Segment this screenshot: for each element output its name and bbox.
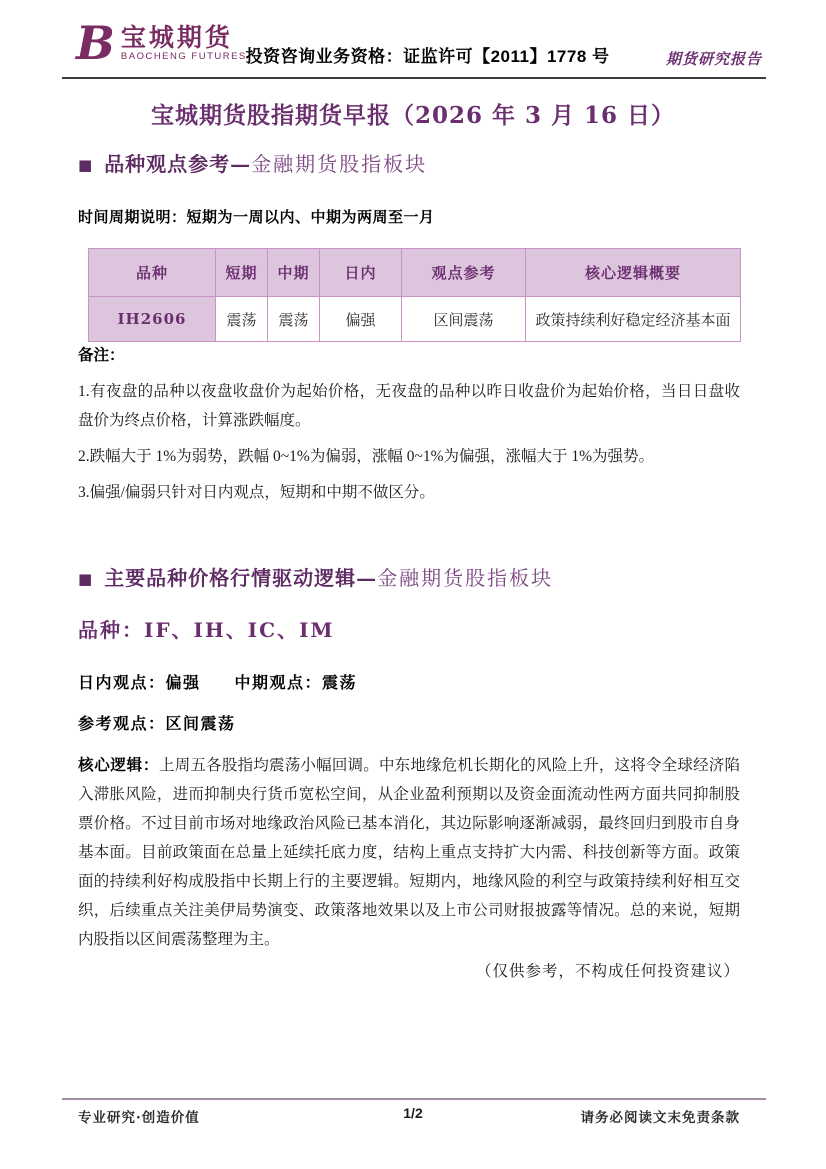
medium-view-label: 中期观点： [235,675,323,692]
page-title: 宝城期货股指期货早报（2026 年 3 月 16 日） [0,97,826,130]
section2-heading: ■主要品种价格行情驱动逻辑—金融期货股指板块 [78,562,553,591]
section1-title-light: 金融期货股指板块 [251,152,427,176]
reference-view-label: 参考观点： [78,716,166,733]
report-page: B 宝城期货 BAOCHENG FUTURES 投资咨询业务资格：证监许可【20… [0,0,826,1169]
section1-heading: ■品种观点参考—金融期货股指板块 [78,148,427,177]
col-header-core-logic: 核心逻辑概要 [526,249,741,297]
core-logic-paragraph: 核心逻辑：上周五各股指均震荡小幅回调。中东地缘危机长期化的风险上升，这将令全球经… [78,751,740,954]
footer-disclaimer-note: 请务必阅读文末免责条款 [581,1106,741,1126]
logo-b-icon: B [76,20,115,66]
section1-title-bold: 品种观点参考— [104,152,251,176]
reference-view-value: 区间震荡 [166,716,236,733]
remarks-label: 备注： [78,343,125,365]
reference-view-line: 参考观点：区间震荡 [78,711,236,734]
report-type-label: 期货研究报告 [666,48,762,69]
cell-viewpoint: 区间震荡 [402,297,526,342]
qualification-text: 投资咨询业务资格：证监许可【2011】1778 号 [246,42,610,67]
table-row: IH2606 震荡 震荡 偏强 区间震荡 政策持续利好稳定经济基本面 [89,297,741,342]
square-bullet-icon: ■ [78,156,92,174]
section2-title-bold: 主要品种价格行情驱动逻辑— [104,566,377,590]
section2-title-light: 金融期货股指板块 [377,566,553,590]
col-header-short-term: 短期 [216,249,268,297]
col-header-intraday: 日内 [320,249,402,297]
col-header-medium-term: 中期 [268,249,320,297]
cell-core-logic: 政策持续利好稳定经济基本面 [526,297,741,342]
logo-name-cn: 宝城期货 [121,24,247,51]
company-logo: B 宝城期货 BAOCHENG FUTURES [76,20,247,66]
remark-item-3: 3.偏强/偏弱只针对日内观点，短期和中期不做区分。 [78,478,740,507]
cell-medium-term: 震荡 [268,297,320,342]
medium-view-value: 震荡 [322,675,357,692]
core-logic-text: 上周五各股指均震荡小幅回调。中东地缘危机长期化的风险上升，这将令全球经济陷入滞胀… [78,757,740,948]
logo-text: 宝城期货 BAOCHENG FUTURES [121,24,247,62]
col-header-viewpoint: 观点参考 [402,249,526,297]
viewpoint-table: 品种 短期 中期 日内 观点参考 核心逻辑概要 IH2606 震荡 震荡 偏强 … [88,248,741,342]
col-header-variety: 品种 [89,249,216,297]
table-header-row: 品种 短期 中期 日内 观点参考 核心逻辑概要 [89,249,741,297]
period-note: 时间周期说明：短期为一周以内、中期为两周至一月 [78,206,435,227]
cell-variety: IH2606 [89,297,216,342]
intraday-view-label: 日内观点： [78,675,166,692]
core-logic-label: 核心逻辑： [78,757,159,774]
varieties-line: 品种：IF、IH、IC、IM [78,614,335,643]
cell-short-term: 震荡 [216,297,268,342]
remark-item-2: 2.跌幅大于 1%为弱势，跌幅 0~1%为偏弱，涨幅 0~1%为偏强，涨幅大于 … [78,442,740,471]
intraday-view-value: 偏强 [166,675,201,692]
remark-item-1: 1.有夜盘的品种以夜盘收盘价为起始价格，无夜盘的品种以昨日收盘价为起始价格，当日… [78,377,740,435]
square-bullet-icon: ■ [78,570,92,588]
cell-intraday: 偏强 [320,297,402,342]
intraday-medium-view-line: 日内观点：偏强中期观点：震荡 [78,670,357,693]
footer-divider [62,1098,766,1100]
logo-name-en: BAOCHENG FUTURES [121,51,247,62]
header-divider [62,77,766,79]
disclaimer-note: （仅供参考，不构成任何投资建议） [476,959,740,981]
